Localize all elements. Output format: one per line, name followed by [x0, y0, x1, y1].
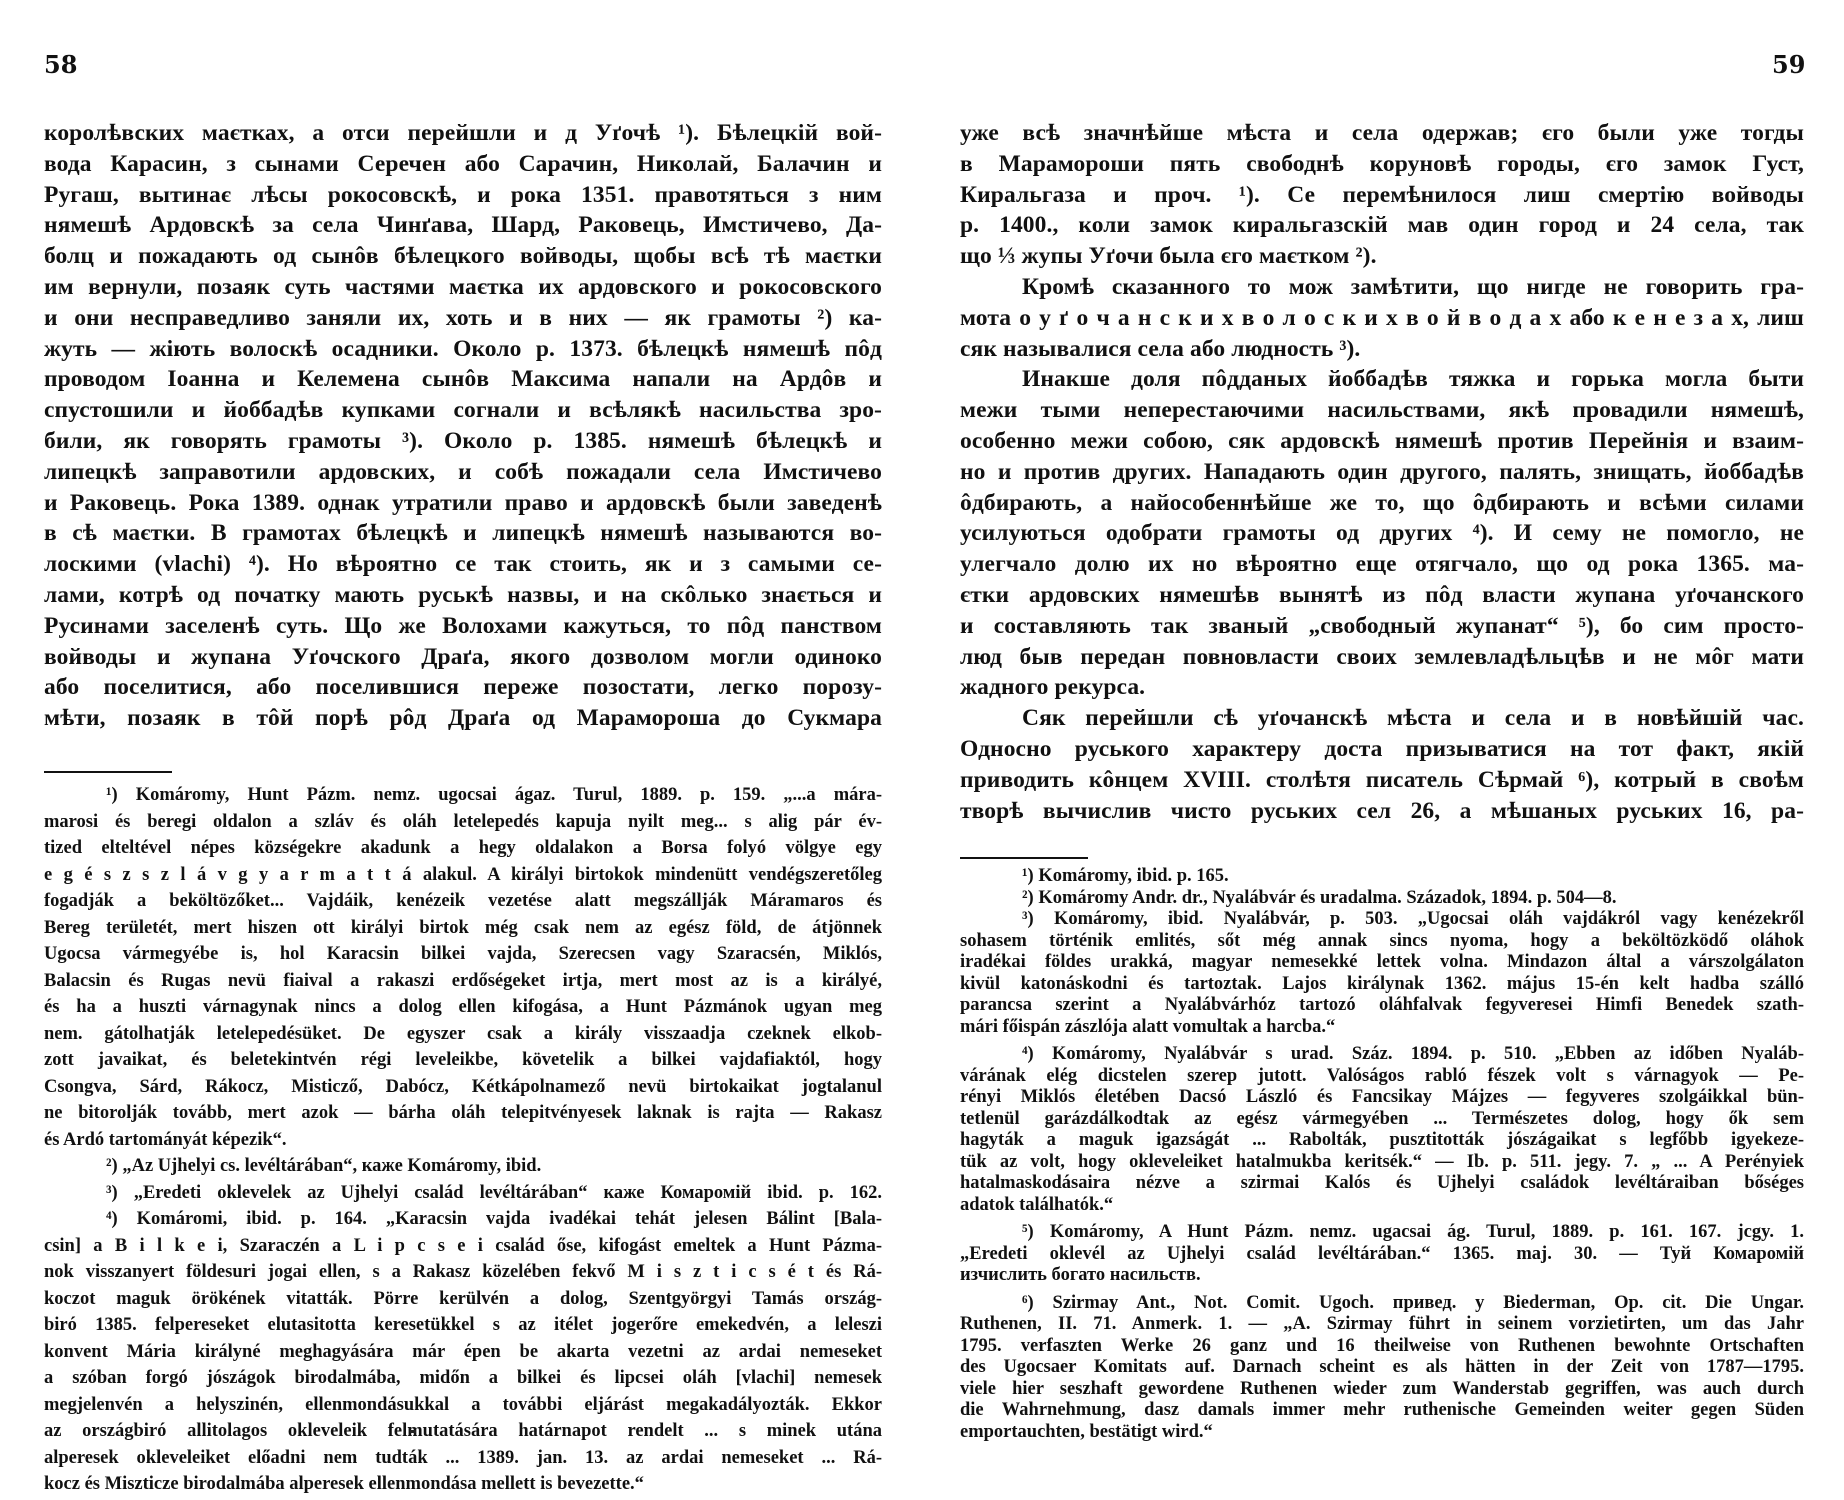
body-line: усилуються одобрати грамоты од других ⁴)… [960, 518, 1804, 549]
footnote-line: des Ugocsaer Komitats auf. Darnach schei… [960, 1357, 1804, 1379]
body-line: в сѣ маєтки. В грамотах бѣлецкѣ и липецк… [44, 518, 882, 549]
footnote-line: nok visszanyert földesuri jogai ellen, s… [44, 1259, 882, 1286]
body-line: жуть — жіють волоскѣ осадники. Около р. … [44, 334, 882, 365]
body-line: королѣвских маєтках, а отси перейшли и д… [44, 118, 882, 149]
footnote-line: die Wahrnehmung, dasz damals immer mehr … [960, 1400, 1804, 1422]
footnote-line: ²) „Az Ujhelyi cs. levéltárában“, каже K… [44, 1153, 882, 1180]
footnote-line: ³) „Eredeti oklevelek az Ujhelyi család … [44, 1180, 882, 1207]
footnote-line: alperesek okleveleiket előadni nem tudtá… [44, 1445, 882, 1472]
footnote-line: iradékai földes urakká, magyar nemesekké… [960, 952, 1804, 974]
footnote-line: fogadják a beköltözőket... Vajdáik, kené… [44, 888, 882, 915]
footnote-line: és Ardó tartományát képezik“. [44, 1127, 882, 1154]
footnote-line: Ugocsa vármegyébe is, hol Karacsin bilke… [44, 941, 882, 968]
body-line: Односно руського характеру доста призыва… [960, 734, 1804, 765]
footnote-line: ⁶) Szirmay Ant., Not. Comit. Ugoch. прив… [960, 1293, 1804, 1315]
body-line: лами, котрѣ од початку мають руськѣ назв… [44, 580, 882, 611]
right-body-text: уже всѣ значнѣйше мѣста и села одержав; … [960, 118, 1804, 826]
footnote-line: hatalmaskodásaira nézve a szirmai Kalós … [960, 1173, 1804, 1195]
body-line: межи тыми неперестаючими насильствами, я… [960, 395, 1804, 426]
body-line: творѣ вычислив чисто руських сел 26, а м… [960, 796, 1804, 827]
footnote-line: tetlenül garázdálkodtak az egész vármegy… [960, 1109, 1804, 1131]
body-line: войводы и жупана Уґочского Драґа, якого … [44, 642, 882, 673]
footnote-line: ⁴) Komáromi, ibid. p. 164. „Karacsin vaj… [44, 1206, 882, 1233]
body-line: но и против других. Нападають один друго… [960, 457, 1804, 488]
body-line: и Раковець. Рока 1389. однак утратили пр… [44, 488, 882, 519]
body-line: люд быв передан повновласти своих землев… [960, 642, 1804, 673]
body-line: приводить кôнцем XVIII. столѣтя писатель… [960, 765, 1804, 796]
body-line: липецкѣ заправотили ардовских, и собѣ по… [44, 457, 882, 488]
footnote-line: konvent Mária királyné meghagyására már … [44, 1339, 882, 1366]
footnote-line: Ruthenen, II. 71. Anmerk. 1. — „A. Szirm… [960, 1314, 1804, 1336]
footnote-line: adatok találhatók.“ [960, 1195, 1804, 1217]
body-line: або поселитися, або поселившися переже п… [44, 672, 882, 703]
footnote-line: várának elég dicstelen szerep jutott. Va… [960, 1066, 1804, 1088]
footnote-line: mári főispán zászlója alatt vomultak a h… [960, 1017, 1804, 1039]
footnote-line: emportauchten, bestätigt wird.“ [960, 1422, 1804, 1444]
footnote-line: „Eredeti oklevél az Ujhelyi család levél… [960, 1244, 1804, 1266]
footnote-line: csin] a B i l k e i, Szaraczén a L i p c… [44, 1233, 882, 1260]
body-line: им вернули, позаяк суть частями маєтка и… [44, 272, 882, 303]
left-footnotes: ¹) Komáromy, Hunt Pázm. nemz. ugocsai ág… [44, 782, 882, 1498]
page-number-right: 59 [1772, 50, 1805, 79]
body-line: в Марамороши пять свободнѣ коруновѣ горо… [960, 149, 1804, 180]
footnote-line: ⁵) Komáromy, A Hunt Pázm. nemz. ugacsai … [960, 1222, 1804, 1244]
body-line: проводом Іоанна и Келемена сынôв Максима… [44, 364, 882, 395]
footnote-line: kocz és Miszticze birodalmába alperesek … [44, 1471, 882, 1498]
footnote-line: tük az volt, hogy okleveleiket hatalmukb… [960, 1152, 1804, 1174]
left-body-text: королѣвских маєтках, а отси перейшли и д… [44, 118, 882, 734]
footnote-line: ne bitorolják tovább, mert azok — bárha … [44, 1100, 882, 1127]
footnote-line: 1795. verfaszten Werke 26 ganz und 16 th… [960, 1336, 1804, 1358]
body-line: жадного рекурса. [960, 672, 1804, 703]
body-line: Сяк перейшли сѣ уґочанскѣ мѣста и села и… [960, 703, 1804, 734]
body-line: болц и пожадають од сынôв бѣлецкого войв… [44, 241, 882, 272]
body-line: Ругаш, вытинає лѣсы рокосовскѣ, и рока 1… [44, 180, 882, 211]
body-line: Инакше доля пôдданых йоббадѣв тяжка и го… [960, 364, 1804, 395]
body-line: и они несправедливо заняли их, хоть и в … [44, 303, 882, 334]
footnote-line: parancsa szerint a Nyalábvárhóz tartozó … [960, 995, 1804, 1017]
footnote-rule-left [44, 771, 172, 773]
footnote-line: rényi Miklós életében Dacsó László és Fa… [960, 1087, 1804, 1109]
footnote-line: изчислить богато насильств. [960, 1265, 1804, 1287]
body-line: єтки ардовских нямешѣв вынятѣ из пôд вла… [960, 580, 1804, 611]
print-mark [410, 1430, 416, 1433]
footnote-line: Balacsin és Rugas nevü fiaival a rakaszi… [44, 968, 882, 995]
body-line: особенно межи собою, сяк ардовскѣ нямешѣ… [960, 426, 1804, 457]
body-line: ôдбирають, а найособеннѣйше же то, що ôд… [960, 488, 1804, 519]
body-line: улегчало долю их но вѣроятно еще отягчал… [960, 549, 1804, 580]
body-line: Кромѣ сказанного то мож замѣтити, що ниг… [960, 272, 1804, 303]
footnote-line: az országbiró allitolagos okleveleik fel… [44, 1418, 882, 1445]
footnote-line: tized elteltével népes községekre akadun… [44, 835, 882, 862]
body-line: Киральгаза и проч. ¹). Се перемѣнилося л… [960, 180, 1804, 211]
page-number-left: 58 [44, 50, 77, 79]
footnote-line: ¹) Komáromy, Hunt Pázm. nemz. ugocsai ág… [44, 782, 882, 809]
body-line: и составляють так званый „свободный жупа… [960, 611, 1804, 642]
body-line: спустошили и йоббадѣв купками согнали и … [44, 395, 882, 426]
body-line: мота о у ґ о ч а н с к и х в о л о с к и… [960, 303, 1804, 334]
footnote-line: nem. gátolhatják letelepedésüket. De egy… [44, 1021, 882, 1048]
body-line: що ⅓ жупы Уґочи была єго маєтком ²). [960, 241, 1804, 272]
body-line: сяк называлися села або людность ³). [960, 334, 1804, 365]
body-line: лоскими (vlachi) ⁴). Но вѣроятно се так … [44, 549, 882, 580]
footnote-line: Csongva, Sárd, Rákocz, Misticző, Dabócz,… [44, 1074, 882, 1101]
footnote-line: és ha a huszti várnagynak nincs a dolog … [44, 994, 882, 1021]
body-line: Русинами заселенѣ суть. Що же Волохами к… [44, 611, 882, 642]
footnote-line: sohasem történik emlités, sőt még annak … [960, 931, 1804, 953]
body-line: били, як говорять грамоты ³). Около р. 1… [44, 426, 882, 457]
footnote-line: marosi és beregi oldalon a szláv és oláh… [44, 809, 882, 836]
footnote-line: ³) Komáromy, ibid. Nyalábvár, p. 503. „U… [960, 909, 1804, 931]
footnote-line: ²) Komáromy Andr. dr., Nyalábvár és urad… [960, 888, 1804, 910]
footnote-line: hagyták a maguk igazságát ... Rabolták, … [960, 1130, 1804, 1152]
footnote-line: biró 1385. felpereseket elutasitotta ker… [44, 1312, 882, 1339]
footnote-rule-right [960, 857, 1088, 859]
body-line: р. 1400., коли замок киральгазскій мав о… [960, 210, 1804, 241]
body-line: уже всѣ значнѣйше мѣста и села одержав; … [960, 118, 1804, 149]
footnote-line: kivül katonáskodni és tartoztak. Lajos k… [960, 974, 1804, 996]
footnote-line: viele hier seszhaft gewordene Ruthenen w… [960, 1379, 1804, 1401]
footnote-line: zott javaikat, és beletekintvén régi lev… [44, 1047, 882, 1074]
body-line: вода Карасин, з сынами Серечен або Сарач… [44, 149, 882, 180]
footnote-line: ¹) Komáromy, ibid. p. 165. [960, 866, 1804, 888]
body-line: нямешѣ Ардовскѣ за села Чинґава, Шард, Р… [44, 210, 882, 241]
footnote-line: megjelenvén a helyszinén, ellenmondásukk… [44, 1392, 882, 1419]
footnote-line: Bereg területét, mert hiszen ott királyi… [44, 915, 882, 942]
footnote-line: e g é s z s z l á v g y a r m a t t á al… [44, 862, 882, 889]
footnote-line: koczot maguk örökének vitatták. Pörre ke… [44, 1286, 882, 1313]
right-footnotes: ¹) Komáromy, ibid. p. 165.²) Komáromy An… [960, 866, 1804, 1443]
body-line: мѣти, позаяк в тôй порѣ рôд Драґа од Мар… [44, 703, 882, 734]
footnote-line: a szóban forgó jószágok birodalmába, mid… [44, 1365, 882, 1392]
footnote-line: ⁴) Komáromy, Nyalábvár s urad. Száz. 189… [960, 1044, 1804, 1066]
